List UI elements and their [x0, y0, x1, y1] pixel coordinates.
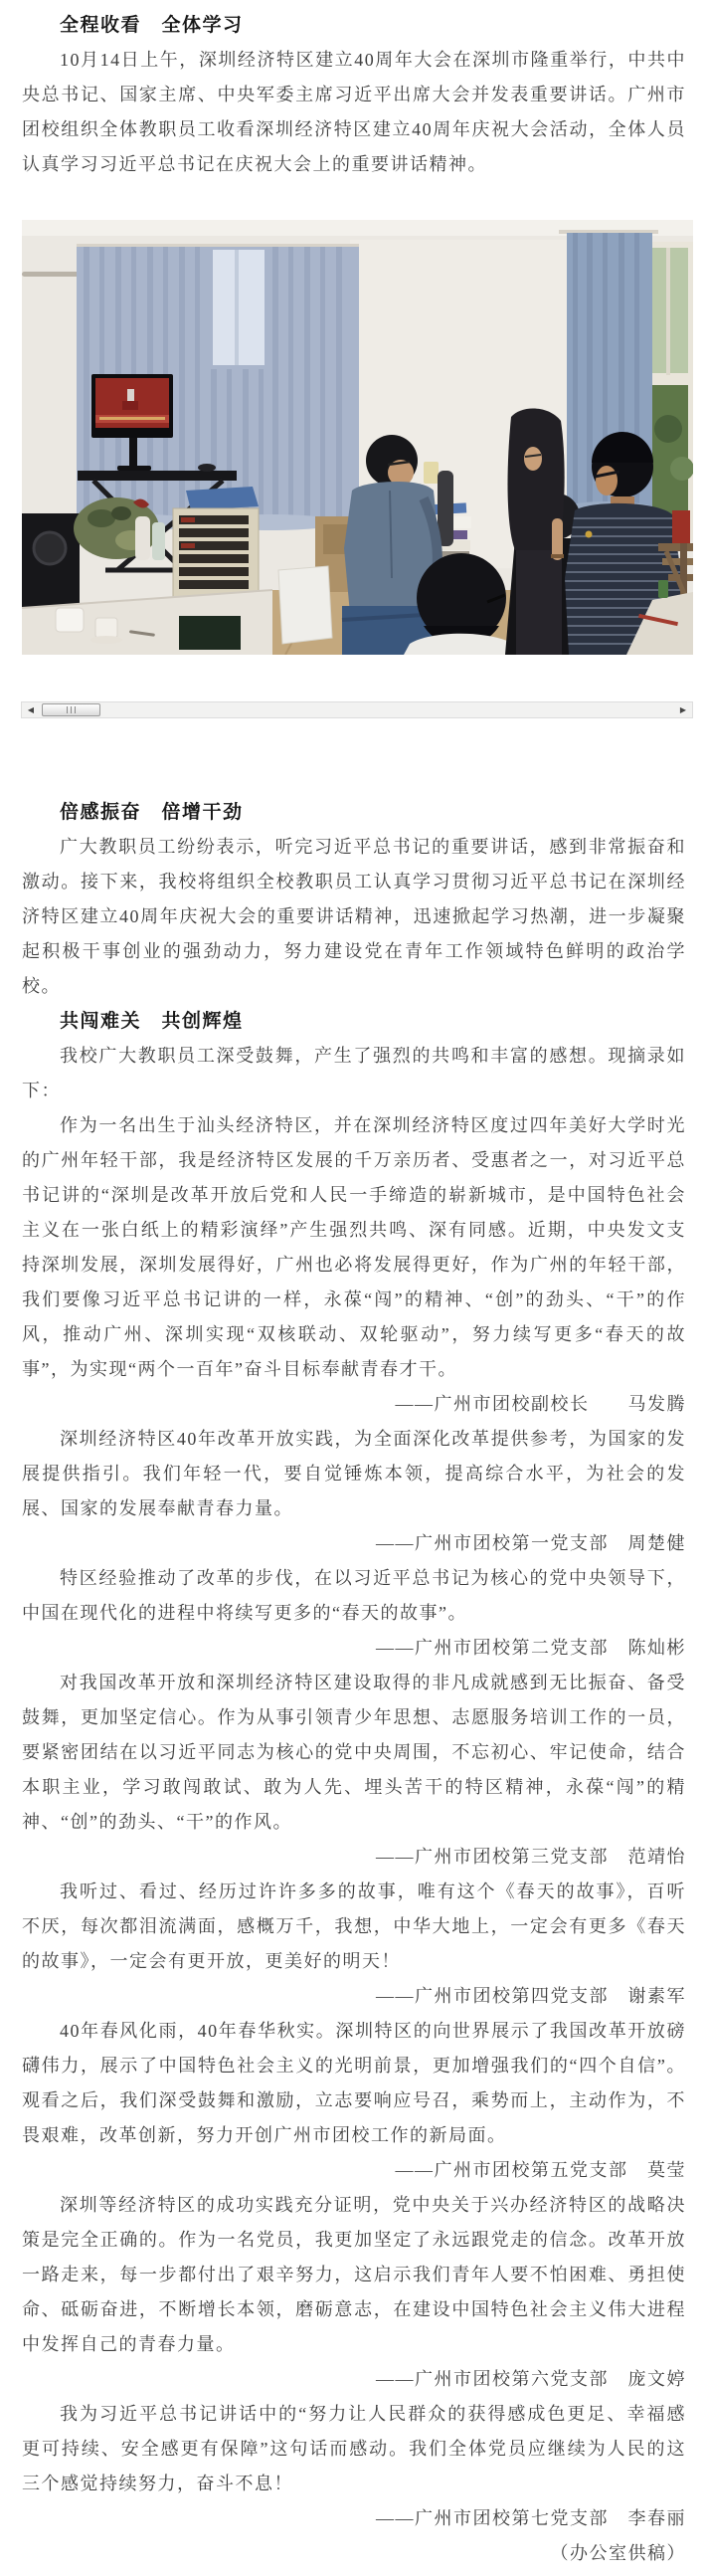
- photo-green-can: [658, 580, 668, 598]
- scrollbar-left-arrow-button[interactable]: ◀: [22, 702, 40, 717]
- section1-heading: 全程收看 全体学习: [22, 8, 686, 43]
- paragraph: 10月14日上午，深圳经济特区建立40周年大会在深圳市隆重举行，中共中央总书记、…: [22, 43, 686, 182]
- paragraph: 我校广大教职员工深受鼓舞，产生了强烈的共鸣和丰富的感想。现摘录如下：: [22, 1039, 686, 1108]
- quote-paragraph: 深圳经济特区40年改革开放实践，为全面深化改革提供参考，为国家的发展提供指引。我…: [22, 1422, 686, 1526]
- photo-curtain-rod: [22, 272, 86, 277]
- attribution-line: ——广州市团校第二党支部 陈灿彬: [22, 1631, 686, 1666]
- quote-paragraph: 我为习近平总书记讲话中的“努力让人民群众的获得感成色更足、幸福感更可持续、安全感…: [22, 2397, 686, 2501]
- attribution-line: ——广州市团校第四党支部 谢素军: [22, 1979, 686, 2014]
- scrollbar-grip-icon: [67, 706, 76, 713]
- attribution-line: ——广州市团校第七党支部 李春丽: [22, 2501, 686, 2536]
- scrollbar-track[interactable]: [40, 702, 674, 717]
- attribution-line: ——广州市团校第三党支部 范靖怡: [22, 1840, 686, 1875]
- article-body: 全程收看 全体学习 10月14日上午，深圳经济特区建立40周年大会在深圳市隆重举…: [0, 0, 707, 2576]
- quote-paragraph: 深圳等经济特区的成功实践充分证明，党中央关于兴办经济特区的战略决策是完全正确的。…: [22, 2188, 686, 2362]
- section2-heading: 倍感振奋 倍增干劲: [22, 795, 686, 830]
- section3-heading: 共闯难关 共创辉煌: [22, 1004, 686, 1039]
- quote-paragraph: 我听过、看过、经历过许许多多的故事，唯有这个《春天的故事》，百听不厌，每次都泪流…: [22, 1875, 686, 1979]
- attribution-line: ——广州市团校副校长 马发腾: [22, 1387, 686, 1422]
- byline-office: （办公室供稿）: [22, 2536, 686, 2571]
- attribution-line: ——广州市团校第六党支部 庞文婷: [22, 2362, 686, 2397]
- attribution-line: ——广州市团校第一党支部 周楚健: [22, 1526, 686, 1561]
- paragraph: 广大教职员工纷纷表示，听完习近平总书记的重要讲话，感到非常振奋和激动。接下来，我…: [22, 830, 686, 1004]
- scrollbar-right-arrow-button[interactable]: ▶: [674, 702, 692, 717]
- photo-standing-woman: [508, 408, 565, 655]
- scroll-left-icon: ◀: [28, 705, 34, 714]
- quote-paragraph: 作为一名出生于汕头经济特区，并在深圳经济特区度过四年美好大学时光的广州年轻干部，…: [22, 1108, 686, 1387]
- image-horizontal-scrollbar[interactable]: ◀ ▶: [21, 701, 693, 718]
- meeting-photo: [22, 220, 693, 655]
- scrollbar-thumb[interactable]: [42, 703, 100, 716]
- attribution-line: ——广州市团校第五党支部 莫莹: [22, 2153, 686, 2188]
- photo-wall-outlet: [424, 462, 439, 484]
- photo-green-box: [179, 616, 241, 650]
- scroll-right-icon: ▶: [680, 705, 686, 714]
- quote-paragraph: 对我国改革开放和深圳经济特区建设取得的非凡成就感到无比振奋、备受鼓舞，更加坚定信…: [22, 1666, 686, 1840]
- quote-paragraph: 40年春风化雨，40年春华秋实。深圳特区的向世界展示了我国改革开放磅礴伟力，展示…: [22, 2014, 686, 2153]
- photo-white-bag: [278, 566, 332, 644]
- meeting-photo-illustration: [22, 220, 693, 655]
- quote-paragraph: 特区经验推动了改革的步伐，在以习近平总书记为核心的党中央领导下，中国在现代化的进…: [22, 1561, 686, 1631]
- photo-red-object: [672, 510, 690, 544]
